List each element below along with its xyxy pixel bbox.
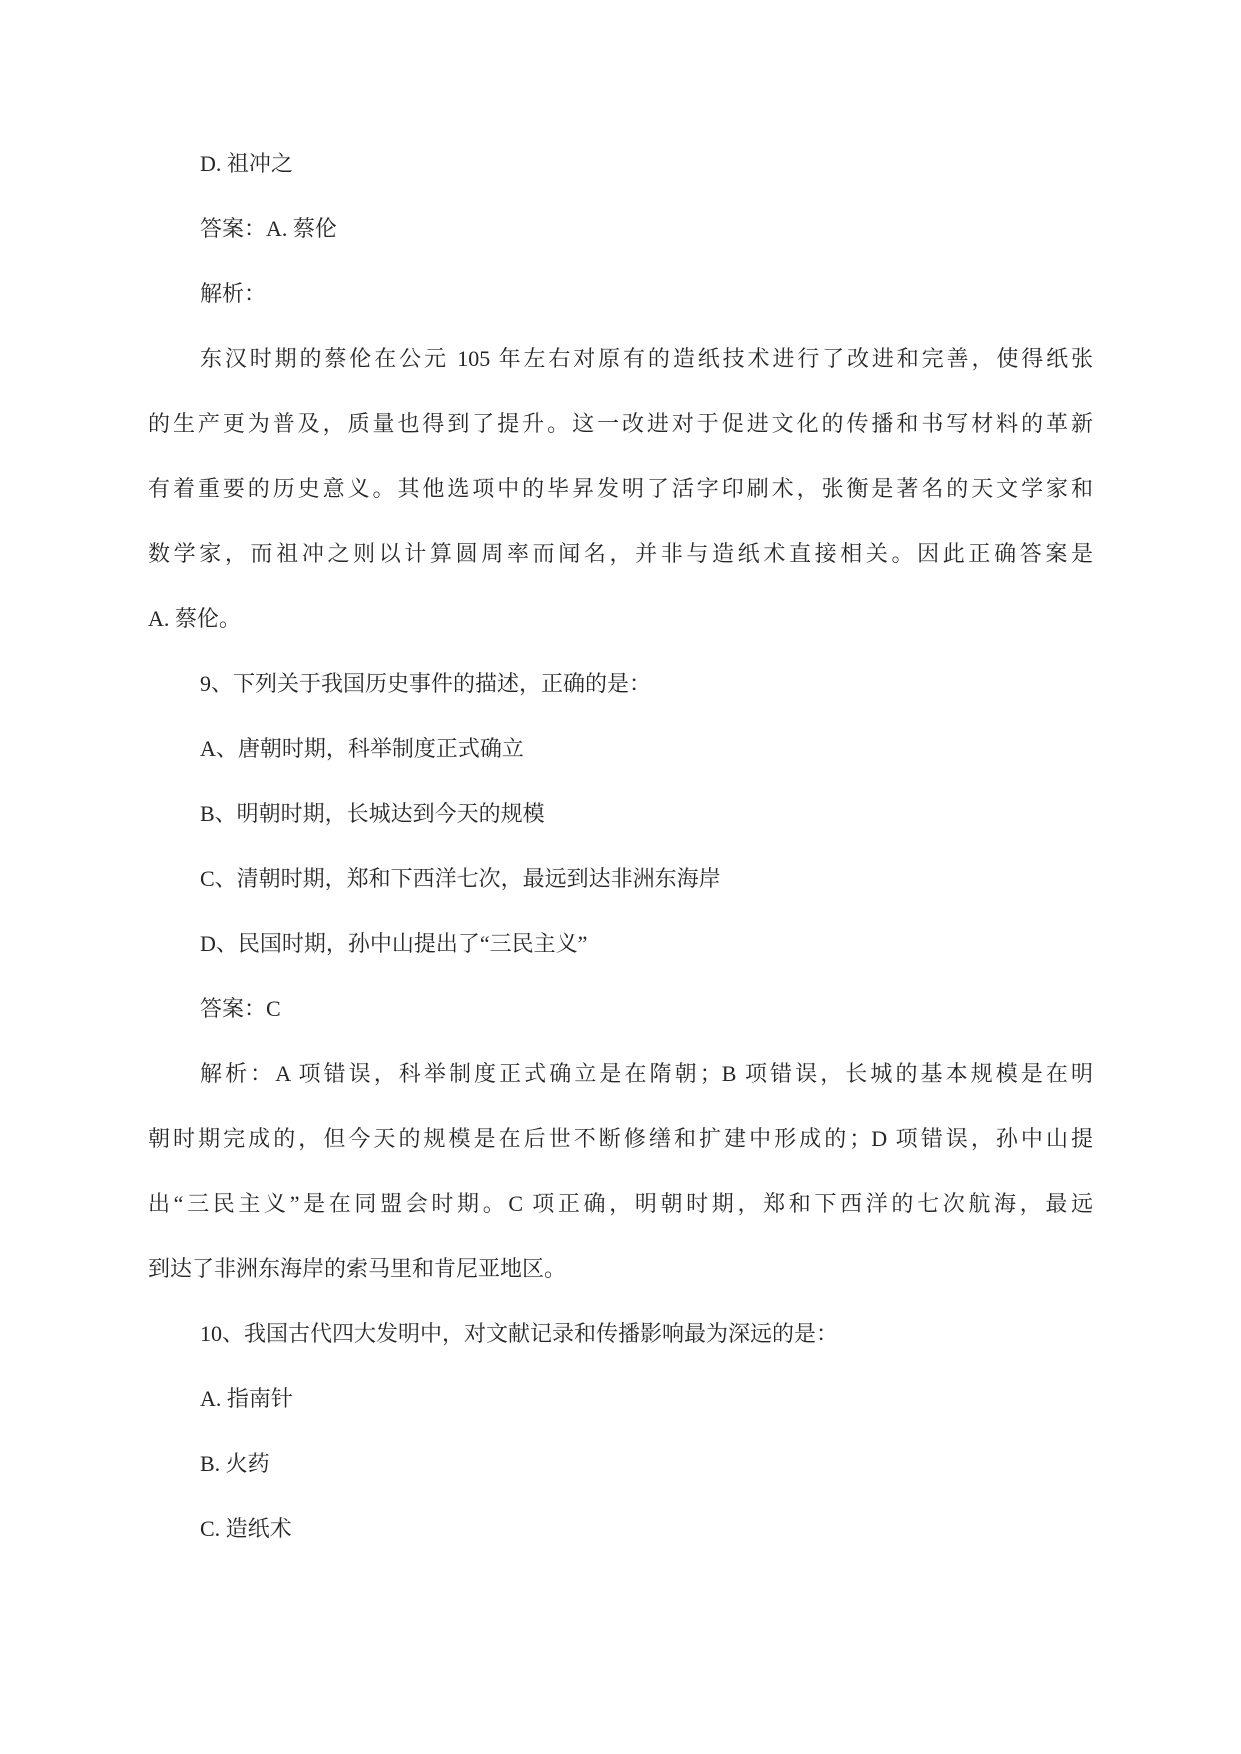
option-line: A、唐朝时期，科举制度正式确立	[148, 716, 1093, 781]
option-line: A. 指南针	[148, 1366, 1093, 1431]
option-line: D、民国时期，孙中山提出了“三民主义”	[148, 911, 1093, 976]
analysis-text-line: A. 蔡伦。	[148, 586, 1093, 651]
document-page: D. 祖冲之答案：A. 蔡伦解析：东汉时期的蔡伦在公元 105 年左右对原有的造…	[0, 0, 1241, 1754]
analysis-text-line: 数学家，而祖冲之则以计算圆周率而闻名，并非与造纸术直接相关。因此正确答案是	[148, 521, 1093, 586]
analysis-text-line: 出“三民主义”是在同盟会时期。C 项正确，明朝时期，郑和下西洋的七次航海，最远	[148, 1171, 1093, 1236]
option-line: C. 造纸术	[148, 1496, 1093, 1561]
analysis-text-line: 的生产更为普及，质量也得到了提升。这一改进对于促进文化的传播和书写材料的革新	[148, 391, 1093, 456]
analysis-text-line: 东汉时期的蔡伦在公元 105 年左右对原有的造纸技术进行了改进和完善，使得纸张	[148, 326, 1093, 391]
analysis-label-line: 解析：	[148, 261, 1093, 326]
analysis-text-line: 解析：A 项错误，科举制度正式确立是在隋朝；B 项错误，长城的基本规模是在明	[148, 1041, 1093, 1106]
analysis-text-line: 到达了非洲东海岸的索马里和肯尼亚地区。	[148, 1236, 1093, 1301]
question-line: 10、我国古代四大发明中，对文献记录和传播影响最为深远的是：	[148, 1301, 1093, 1366]
answer-line: 答案：A. 蔡伦	[148, 196, 1093, 261]
option-line: B、明朝时期，长城达到今天的规模	[148, 781, 1093, 846]
analysis-text-line: 有着重要的历史意义。其他选项中的毕昇发明了活字印刷术，张衡是著名的天文学家和	[148, 456, 1093, 521]
option-line: B. 火药	[148, 1431, 1093, 1496]
answer-line: 答案：C	[148, 976, 1093, 1041]
option-line: C、清朝时期，郑和下西洋七次，最远到达非洲东海岸	[148, 846, 1093, 911]
analysis-text-line: 朝时期完成的，但今天的规模是在后世不断修缮和扩建中形成的；D 项错误，孙中山提	[148, 1106, 1093, 1171]
document-text-block: D. 祖冲之答案：A. 蔡伦解析：东汉时期的蔡伦在公元 105 年左右对原有的造…	[148, 131, 1093, 1561]
option-line: D. 祖冲之	[148, 131, 1093, 196]
question-line: 9、下列关于我国历史事件的描述，正确的是：	[148, 651, 1093, 716]
